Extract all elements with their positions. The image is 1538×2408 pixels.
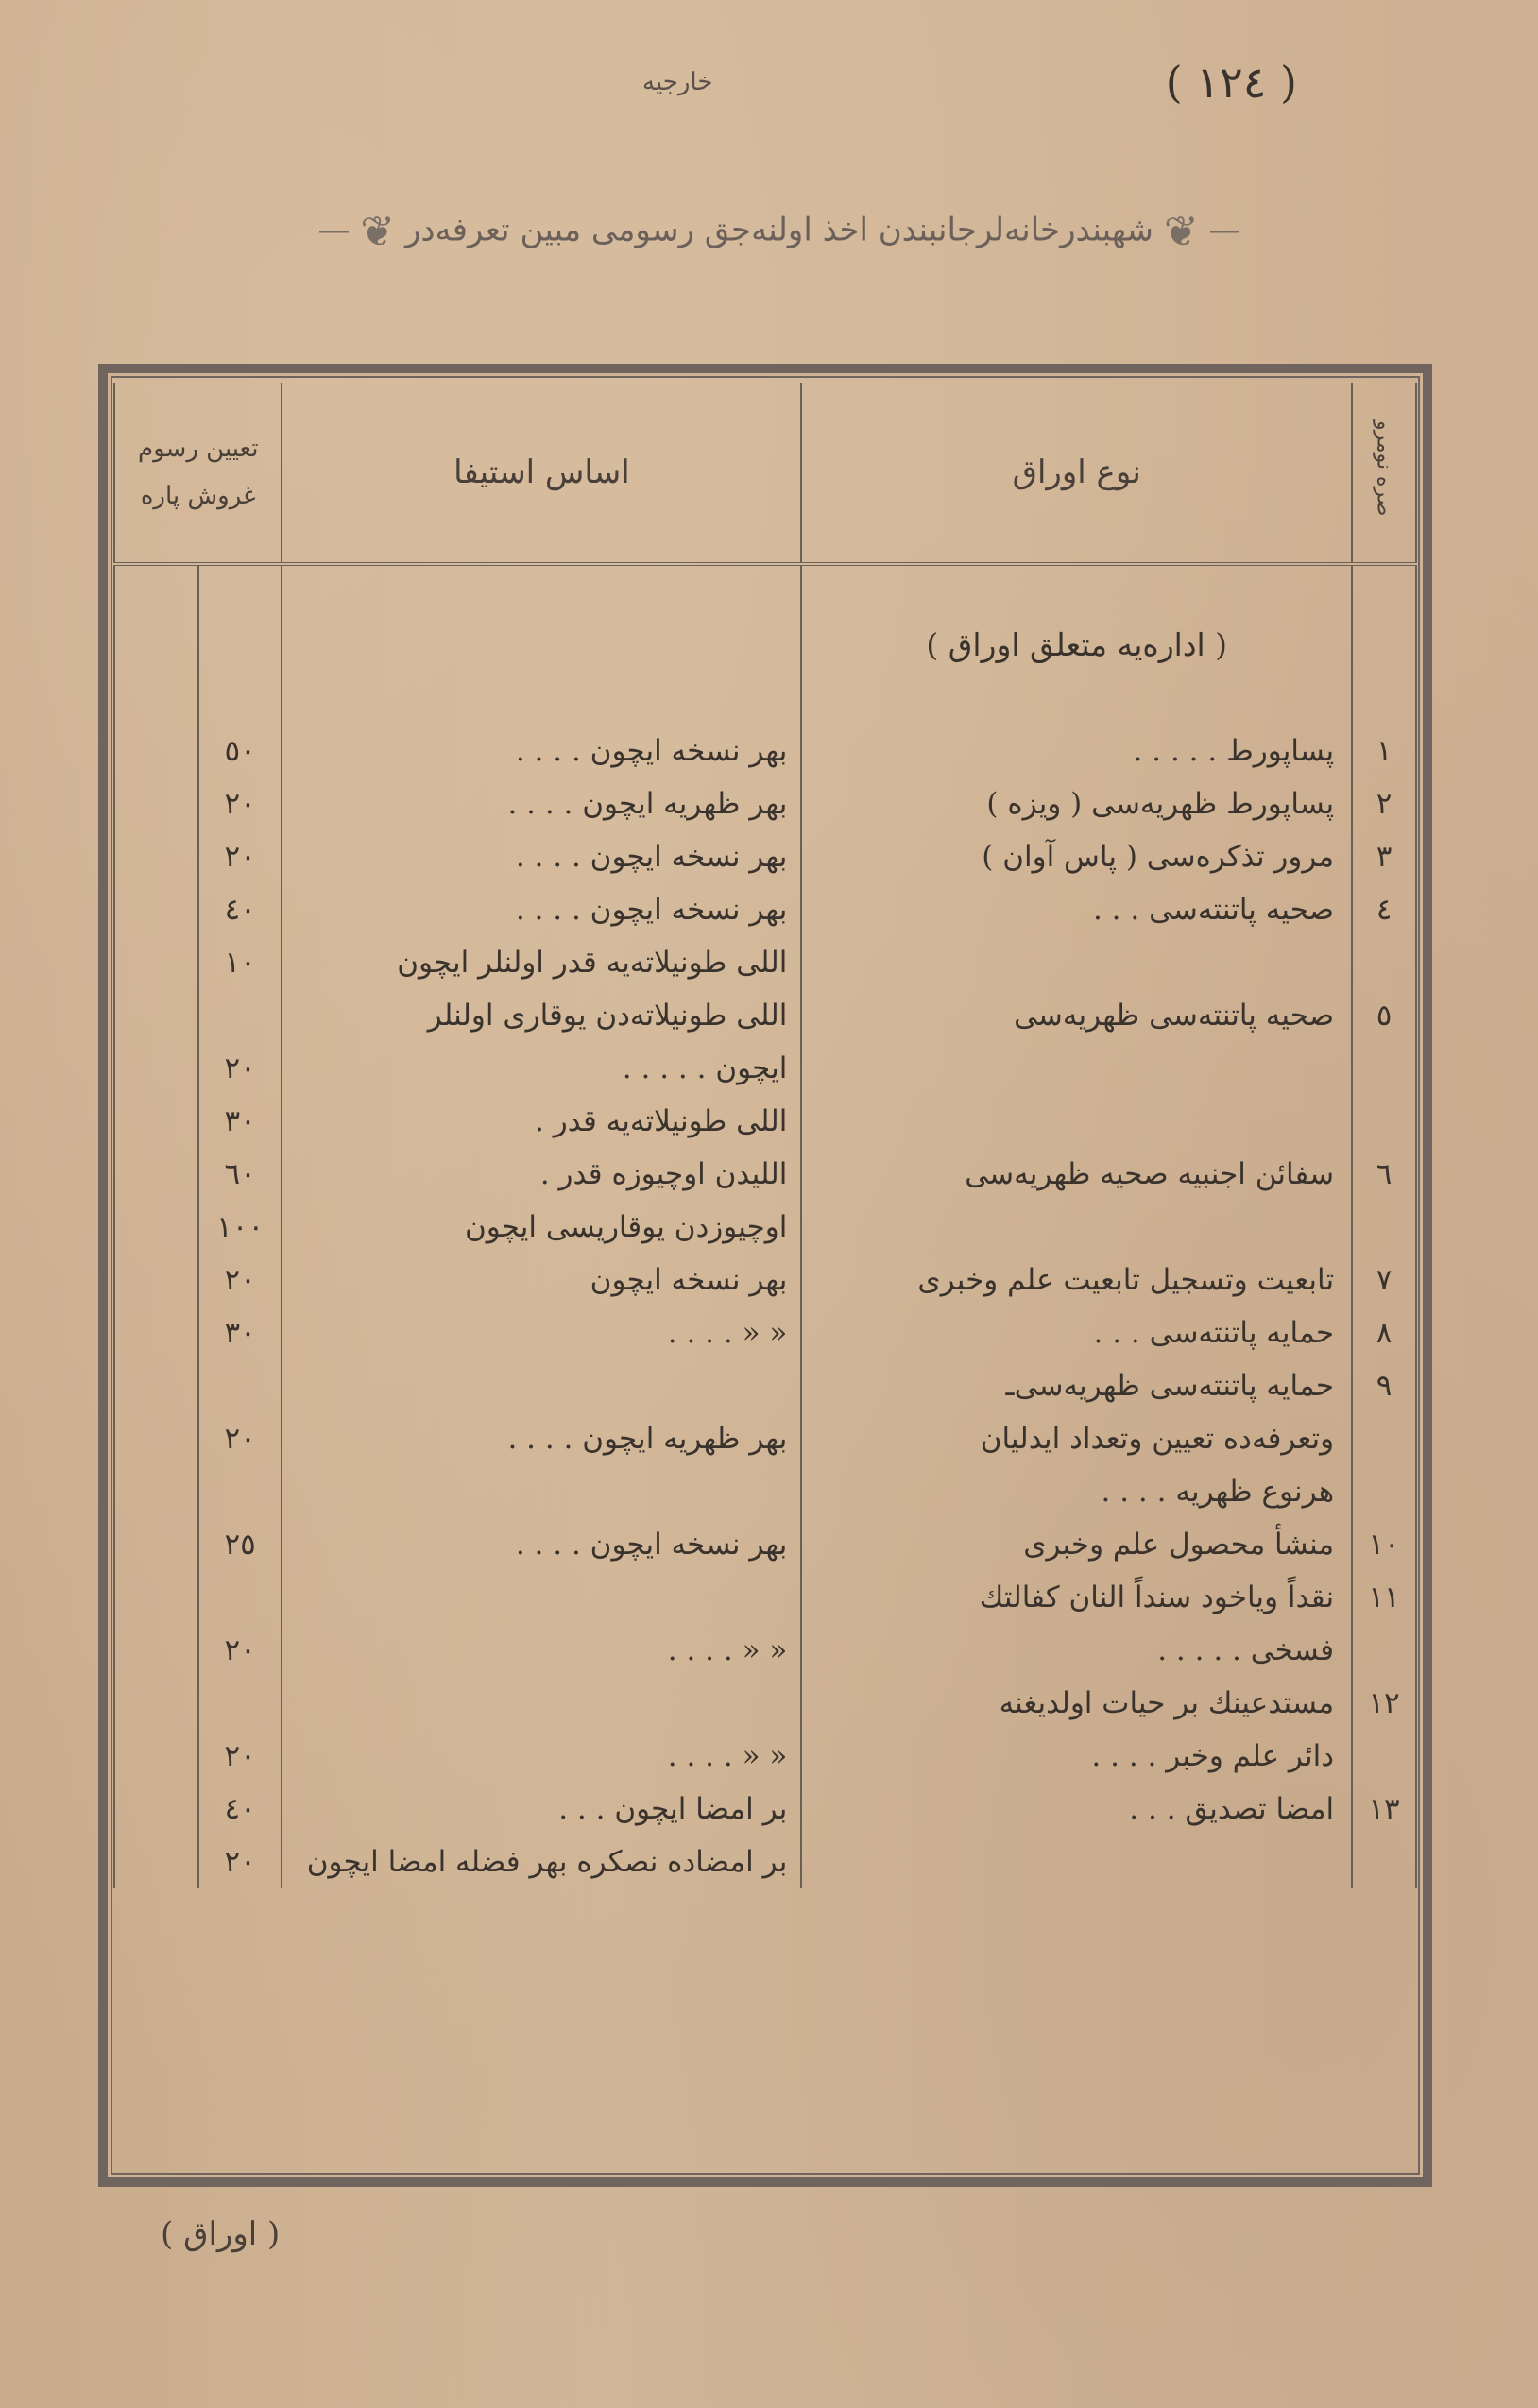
basis-cell: اوچیوزدن یوقاریسی ایچون [282, 1201, 801, 1254]
fee-piastre-cell: ٤٠ [198, 883, 282, 936]
table-row: هرنوع ظهریه . . . . [114, 1465, 1416, 1518]
row-number-cell: ١٠ [1352, 1518, 1416, 1571]
basis-cell [282, 1677, 801, 1730]
dash-ornament: — [1209, 212, 1241, 249]
row-number-cell: ١١ [1352, 1571, 1416, 1624]
fee-para-cell [114, 1201, 198, 1254]
fee-para-cell [114, 1095, 198, 1148]
fee-piastre-cell: ١٠٠ [198, 1201, 282, 1254]
fee-piastre-cell: ٦٠ [198, 1148, 282, 1201]
document-type-cell [801, 1201, 1352, 1254]
table-row: وتعرفه‌ده تعیین وتعداد ایدلیانبهر ظهریه … [114, 1412, 1416, 1465]
fee-piastre-cell [198, 989, 282, 1042]
fee-para-cell [114, 1254, 198, 1306]
basis-cell: بهر ظهریه ایچون . . . . [282, 1412, 801, 1465]
row-number-cell: ٨ [1352, 1306, 1416, 1359]
basis-cell: بهر نسخه ایچون [282, 1254, 801, 1306]
basis-cell: بهر نسخه ایچون . . . . [282, 1518, 801, 1571]
fee-para-cell [114, 1730, 198, 1783]
fee-para-cell [114, 1518, 198, 1571]
fee-piastre-cell [198, 1465, 282, 1518]
row-number-cell [1352, 1624, 1416, 1677]
column-header-basis: اساس استیفا [282, 383, 801, 564]
row-number-cell [1352, 1095, 1416, 1148]
table-row: اوچیوزدن یوقاریسی ایچون١٠٠ [114, 1201, 1416, 1254]
document-type-cell: مرور تذکره‌سی ( پاس آوان ) [801, 830, 1352, 883]
table-row: فسخی . . . . .« « . . . .٢٠ [114, 1624, 1416, 1677]
row-number-cell [1352, 1201, 1416, 1254]
table-row: ٣مرور تذکره‌سی ( پاس آوان )بهر نسخه ایچو… [114, 830, 1416, 883]
basis-cell: بهر ظهریه ایچون . . . . [282, 777, 801, 830]
document-type-cell: وتعرفه‌ده تعیین وتعداد ایدلیان [801, 1412, 1352, 1465]
table-row: اللی طونیلاته‌یه قدر اولنلر ایچون١٠ [114, 936, 1416, 989]
fee-tariff-table: صره نومرو نوع اوراق اساس استیفا تعیین رس… [113, 383, 1417, 1888]
fee-para-cell [114, 1571, 198, 1624]
fee-para-cell [114, 989, 198, 1042]
fee-para-cell [114, 1677, 198, 1730]
spacer-row [114, 672, 1416, 725]
row-number-cell: ٣ [1352, 830, 1416, 883]
table-row: اللی طونیلاته‌یه قدر .٣٠ [114, 1095, 1416, 1148]
document-type-cell: هرنوع ظهریه . . . . [801, 1465, 1352, 1518]
spacer-row [114, 564, 1416, 619]
row-number-cell: ١ [1352, 725, 1416, 777]
table-row: ٥صحیه پاتنته‌سی ظهریه‌سیاللی طونیلاته‌دن… [114, 989, 1416, 1042]
fee-piastre-cell: ٢٠ [198, 1730, 282, 1783]
fee-para-cell [114, 830, 198, 883]
group-heading: ( اداره‌یه متعلق اوراق ) [801, 619, 1352, 672]
basis-cell: بهر نسخه ایچون . . . . [282, 830, 801, 883]
fee-para-cell [114, 936, 198, 989]
row-number-cell [1352, 1412, 1416, 1465]
basis-cell: « « . . . . [282, 1624, 801, 1677]
page-header: خارجيه ( ١٢٤ ) [0, 57, 1538, 132]
fee-piastre-cell: ٤٠ [198, 1783, 282, 1836]
document-type-cell: صحیه پاتنته‌سی ظهریه‌سی [801, 989, 1352, 1042]
floral-ornament-icon: ❦ [360, 208, 395, 256]
row-number-cell [1352, 1465, 1416, 1518]
document-type-cell: مستدعینك بر حیات اولدیغنه [801, 1677, 1352, 1730]
table-row: ١٢مستدعینك بر حیات اولدیغنه [114, 1677, 1416, 1730]
fee-para-cell [114, 777, 198, 830]
basis-cell: اللی طونیلاته‌دن یوقاری اولنلر [282, 989, 801, 1042]
page-number: ( ١٢٤ ) [1166, 57, 1297, 108]
document-type-cell: سفائن اجنبیه صحیه ظهریه‌سی [801, 1148, 1352, 1201]
table-row: ٦سفائن اجنبیه صحیه ظهریه‌سیاللیدن اوچیوز… [114, 1148, 1416, 1201]
document-type-cell: منشأ محصول علم وخبری [801, 1518, 1352, 1571]
basis-cell [282, 1359, 801, 1412]
fee-para-cell [114, 1148, 198, 1201]
document-type-cell [801, 936, 1352, 989]
fee-piastre-cell: ٢٥ [198, 1518, 282, 1571]
document-type-cell [801, 1836, 1352, 1888]
document-type-cell: پساپورط ظهریه‌سی ( ویزه ) [801, 777, 1352, 830]
row-number-cell: ١٢ [1352, 1677, 1416, 1730]
row-number-cell [1352, 1730, 1416, 1783]
table-row: ٨حمایه پاتنته‌سی . . .« « . . . .٣٠ [114, 1306, 1416, 1359]
catchword: ( اوراق ) [161, 2215, 280, 2253]
table-row: بر امضاده نصکره بهر فضله امضا ایچون٢٠ [114, 1836, 1416, 1888]
document-type-cell: حمایه پاتنته‌سی . . . [801, 1306, 1352, 1359]
dash-ornament: — [317, 212, 350, 249]
table-row: ٤صحیه پاتنته‌سی . . .بهر نسخه ایچون . . … [114, 883, 1416, 936]
document-type-cell: صحیه پاتنته‌سی . . . [801, 883, 1352, 936]
row-number-cell: ٦ [1352, 1148, 1416, 1201]
basis-cell: بر امضاده نصکره بهر فضله امضا ایچون [282, 1836, 801, 1888]
fee-para-cell [114, 883, 198, 936]
row-number-cell [1352, 936, 1416, 989]
row-number-cell: ٤ [1352, 883, 1416, 936]
column-header-document-type: نوع اوراق [801, 383, 1352, 564]
document-type-cell: پساپورط . . . . . [801, 725, 1352, 777]
basis-cell: « « . . . . [282, 1306, 801, 1359]
fee-piastre-cell: ٢٠ [198, 1042, 282, 1095]
fee-para-cell [114, 1783, 198, 1836]
document-type-cell: حمایه پاتنته‌سی ظهریه‌سی‌ـ [801, 1359, 1352, 1412]
fee-para-cell [114, 1306, 198, 1359]
fee-piastre-cell: ٥٠ [198, 725, 282, 777]
fee-piastre-cell: ٢٠ [198, 1412, 282, 1465]
section-title: — ❦ شهبندرخانه‌لرجانبندن اخذ اولنه‌جق رس… [142, 208, 1417, 256]
basis-cell: بر امضا ایچون . . . [282, 1783, 801, 1836]
fee-para-cell [114, 1465, 198, 1518]
basis-cell: اللیدن اوچیوزه قدر . [282, 1148, 801, 1201]
basis-cell: اللی طونیلاته‌یه قدر اولنلر ایچون [282, 936, 801, 989]
table-row: ٧تابعیت وتسجیل تابعیت علم وخبریبهر نسخه … [114, 1254, 1416, 1306]
table-row: ١١نقداً ویاخود سنداً النان کفالتك [114, 1571, 1416, 1624]
fee-header-line2: غروش پاره [115, 472, 281, 520]
row-number-cell: ٩ [1352, 1359, 1416, 1412]
fee-piastre-cell: ٢٠ [198, 1836, 282, 1888]
fee-piastre-cell: ١٠ [198, 936, 282, 989]
table-row: ١٣امضا تصدیق . . .بر امضا ایچون . . .٤٠ [114, 1783, 1416, 1836]
column-header-row-number: صره نومرو [1352, 383, 1416, 564]
table-row: دائر علم وخبر . . . .« « . . . .٢٠ [114, 1730, 1416, 1783]
document-type-cell: نقداً ویاخود سنداً النان کفالتك [801, 1571, 1352, 1624]
basis-cell [282, 1465, 801, 1518]
basis-cell: بهر نسخه ایچون . . . . [282, 725, 801, 777]
group-heading-row: ( اداره‌یه متعلق اوراق ) [114, 619, 1416, 672]
fee-piastre-cell: ٣٠ [198, 1095, 282, 1148]
fee-piastre-cell [198, 1359, 282, 1412]
fee-para-cell [114, 1359, 198, 1412]
row-number-cell [1352, 1042, 1416, 1095]
table-row: ١پساپورط . . . . .بهر نسخه ایچون . . . .… [114, 725, 1416, 777]
fee-para-cell [114, 1624, 198, 1677]
row-number-cell [1352, 1836, 1416, 1888]
floral-ornament-icon: ❦ [1164, 208, 1199, 256]
document-type-cell: فسخی . . . . . [801, 1624, 1352, 1677]
basis-cell: « « . . . . [282, 1730, 801, 1783]
column-header-fee: تعیین رسوم غروش پاره [114, 383, 282, 564]
fee-para-cell [114, 1412, 198, 1465]
document-type-cell [801, 1042, 1352, 1095]
basis-cell: اللی طونیلاته‌یه قدر . [282, 1095, 801, 1148]
section-title-text: شهبندرخانه‌لرجانبندن اخذ اولنه‌جق رسومی … [405, 212, 1153, 249]
fee-para-cell [114, 1042, 198, 1095]
table-row: ١٠منشأ محصول علم وخبریبهر نسخه ایچون . .… [114, 1518, 1416, 1571]
running-title: خارجيه [642, 68, 712, 96]
row-number-cell: ٢ [1352, 777, 1416, 830]
fee-piastre-cell [198, 1677, 282, 1730]
fee-para-cell [114, 725, 198, 777]
fee-piastre-cell: ٢٠ [198, 830, 282, 883]
row-number-cell: ٧ [1352, 1254, 1416, 1306]
row-number-cell: ١٣ [1352, 1783, 1416, 1836]
fee-piastre-cell: ٢٠ [198, 1624, 282, 1677]
fee-piastre-cell [198, 1571, 282, 1624]
document-type-cell: امضا تصدیق . . . [801, 1783, 1352, 1836]
basis-cell: بهر نسخه ایچون . . . . [282, 883, 801, 936]
document-type-cell: تابعیت وتسجیل تابعیت علم وخبری [801, 1254, 1352, 1306]
fee-piastre-cell: ٢٠ [198, 1254, 282, 1306]
table-header-row: صره نومرو نوع اوراق اساس استیفا تعیین رس… [114, 383, 1416, 564]
row-number-cell: ٥ [1352, 989, 1416, 1042]
table-row: ٩حمایه پاتنته‌سی ظهریه‌سی‌ـ [114, 1359, 1416, 1412]
fee-para-cell [114, 1836, 198, 1888]
document-type-cell [801, 1095, 1352, 1148]
table-row: ٢پساپورط ظهریه‌سی ( ویزه )بهر ظهریه ایچو… [114, 777, 1416, 830]
table-row: ایچون . . . . .٢٠ [114, 1042, 1416, 1095]
document-type-cell: دائر علم وخبر . . . . [801, 1730, 1352, 1783]
fee-piastre-cell: ٣٠ [198, 1306, 282, 1359]
basis-cell [282, 1571, 801, 1624]
fee-header-line1: تعیین رسوم [115, 425, 281, 472]
fee-piastre-cell: ٢٠ [198, 777, 282, 830]
basis-cell: ایچون . . . . . [282, 1042, 801, 1095]
